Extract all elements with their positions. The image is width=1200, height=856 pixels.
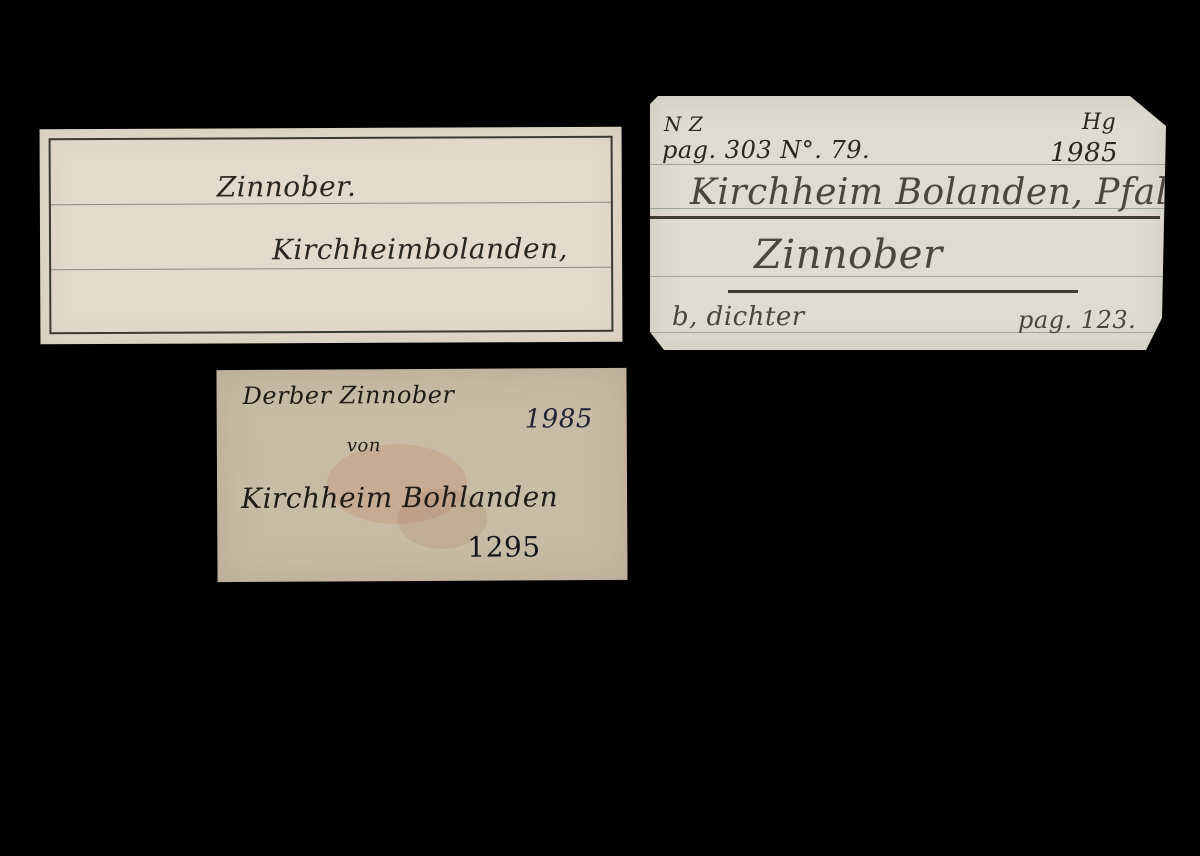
underline: [728, 290, 1078, 293]
divider-line: [650, 216, 1160, 219]
catalog-page-number: pag. 303 N°. 79.: [662, 136, 870, 164]
preposition-von: von: [347, 435, 381, 456]
inventory-number: 1985: [525, 404, 593, 434]
specimen-label-catalog-card: N Z pag. 303 N°. 79. Hg 1985 Kirchheim B…: [650, 96, 1166, 350]
locality: Kirchheim Bohlanden: [241, 480, 558, 515]
reference-page: pag. 123.: [1018, 306, 1136, 334]
specimen-label-handwritten-old: Derber Zinnober 1985 von Kirchheim Bohla…: [216, 368, 627, 582]
chemical-symbol: Hg: [1082, 110, 1116, 135]
mineral-name: Zinnober: [754, 232, 943, 278]
locality: Kirchheim Bolanden, Pfalz: [690, 172, 1187, 213]
variety-note: b, dichter: [672, 302, 805, 332]
specimen-label-zinnober-printed-frame: Zinnober. Kirchheimbolanden,: [40, 127, 623, 345]
locality: Kirchheimbolanden,: [272, 232, 568, 266]
inventory-number: 1985: [1050, 138, 1118, 168]
old-catalog-number: 1295: [467, 530, 540, 563]
mineral-description: Derber Zinnober: [243, 381, 455, 410]
catalog-code: N Z: [664, 112, 703, 136]
mineral-name: Zinnober.: [217, 170, 357, 204]
